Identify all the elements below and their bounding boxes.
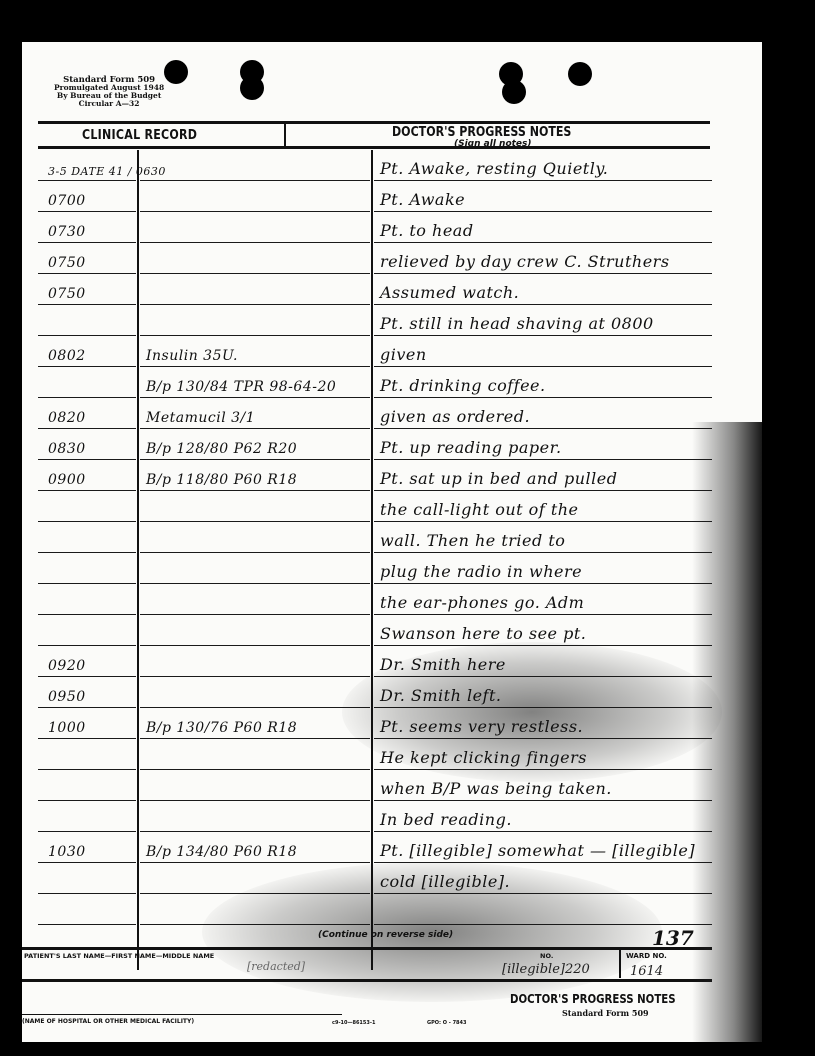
table-row: 0830 B/p 128/80 P62 R20 Pt. up reading p… [38,429,718,460]
entry-orders: B/p 118/80 P60 R18 [146,472,297,488]
table-row: when B/P was being taken. [38,770,718,801]
date-cell [38,801,136,832]
hospital-line [22,1014,342,1015]
entry-orders: Metamucil 3/1 [146,410,255,426]
entry-note: He kept clicking fingers [380,748,587,767]
note-cell: Pt. still in head shaving at 0800 [374,305,712,336]
date-cell: 0750 [38,274,136,305]
date-cell [38,553,136,584]
table-row: 0700 Pt. Awake [38,181,718,212]
entry-orders: B/p 130/76 P60 R18 [146,720,297,736]
table-row: Swanson here to see pt. [38,615,718,646]
orders-cell [140,770,370,801]
date-cell [38,522,136,553]
note-cell [374,894,712,925]
orders-cell [140,150,370,181]
form-circular: Circular A—32 [54,100,164,108]
note-cell: wall. Then he tried to [374,522,712,553]
date-cell [38,894,136,925]
orders-cell [140,212,370,243]
punch-hole [164,60,188,84]
entry-note: Dr. Smith left. [380,686,501,705]
patient-name-label: PATIENT'S LAST NAME—FIRST NAME—MIDDLE NA… [24,952,214,960]
orders-cell [140,522,370,553]
orders-cell [140,274,370,305]
table-row: cold [illegible]. [38,863,718,894]
sign-all-notes-instruction: (Sign all notes) [454,139,532,149]
table-row: 0750 relieved by day crew C. Struthers [38,243,718,274]
entry-note: Pt. Awake, resting Quietly. [380,159,608,178]
table-row: the ear-phones go. Adm [38,584,718,615]
patient-name-value: [redacted] [247,960,305,973]
orders-cell [140,615,370,646]
note-cell: Assumed watch. [374,274,712,305]
entry-note: Pt. seems very restless. [380,717,583,736]
entry-note: wall. Then he tried to [380,531,565,550]
header-top-rule [38,121,710,124]
entry-orders: B/p 134/80 P60 R18 [146,844,297,860]
orders-cell [140,677,370,708]
date-cell [38,863,136,894]
note-cell: Pt. to head [374,212,712,243]
note-cell: Dr. Smith here [374,646,712,677]
orders-cell [140,863,370,894]
date-cell: 0950 [38,677,136,708]
register-number-label: NO. [540,952,553,960]
entry-note: given [380,345,427,364]
ward-number-label: WARD NO. [626,952,667,960]
note-cell: cold [illegible]. [374,863,712,894]
orders-cell: B/p 118/80 P60 R18 [140,460,370,491]
table-row: 0750 Assumed watch. [38,274,718,305]
note-cell: Pt. up reading paper. [374,429,712,460]
continue-on-reverse-note: (Continue on reverse side) [318,930,453,940]
note-cell: given [374,336,712,367]
table-row: the call-light out of the [38,491,718,522]
punch-hole [240,76,264,100]
date-cell: 0900 [38,460,136,491]
entry-date: 0920 [48,658,86,674]
date-cell [38,739,136,770]
table-row: 0820 Metamucil 3/1 given as ordered. [38,398,718,429]
form-identifier: Standard Form 509 Promulgated August 194… [54,76,164,108]
orders-cell: Insulin 35U. [140,336,370,367]
table-row [38,894,718,925]
entry-note: Pt. up reading paper. [380,438,562,457]
table-row: 1000 B/p 130/76 P60 R18 Pt. seems very r… [38,708,718,739]
date-cell [38,615,136,646]
entry-note: Pt. sat up in bed and pulled [380,469,617,488]
date-cell: 0820 [38,398,136,429]
date-cell: 0700 [38,181,136,212]
table-row: In bed reading. [38,801,718,832]
clinical-record-heading: CLINICAL RECORD [82,128,197,143]
table-row: B/p 130/84 TPR 98-64-20 Pt. drinking cof… [38,367,718,398]
entry-note: Pt. drinking coffee. [380,376,546,395]
note-cell: when B/P was being taken. [374,770,712,801]
note-cell: Pt. Awake [374,181,712,212]
orders-cell [140,305,370,336]
header-divider [284,122,286,148]
entry-note: Pt. Awake [380,190,465,209]
table-row: Pt. still in head shaving at 0800 [38,305,718,336]
note-cell: relieved by day crew C. Struthers [374,243,712,274]
entry-note: when B/P was being taken. [380,779,612,798]
table-row: 3-5 DATE 41 / 0630 Pt. Awake, resting Qu… [38,150,718,181]
entry-date: 0730 [48,224,86,240]
entry-date: 0900 [48,472,86,488]
entry-note: the call-light out of the [380,500,579,519]
orders-cell [140,553,370,584]
note-cell: Pt. sat up in bed and pulled [374,460,712,491]
date-cell [38,491,136,522]
clinical-record-page: Standard Form 509 Promulgated August 194… [22,42,762,1042]
entry-note: Swanson here to see pt. [380,624,586,643]
entry-orders: B/p 130/84 TPR 98-64-20 [146,379,336,395]
date-cell: 1000 [38,708,136,739]
date-cell: 0730 [38,212,136,243]
entry-date: 0750 [48,286,86,302]
entry-note: relieved by day crew C. Struthers [380,252,670,271]
note-cell: He kept clicking fingers [374,739,712,770]
gpo-code: GPO: O - 7843 [427,1020,466,1026]
punch-hole [568,62,592,86]
entry-note: Pt. to head [380,221,474,240]
orders-cell [140,243,370,274]
footer-form-title: DOCTOR'S PROGRESS NOTES [510,992,676,1006]
entry-date: 0750 [48,255,86,271]
date-cell [38,770,136,801]
table-row: plug the radio in where [38,553,718,584]
entry-note: plug the radio in where [380,562,582,581]
entry-date: 1030 [48,844,86,860]
date-cell: 0920 [38,646,136,677]
table-row: 1030 B/p 134/80 P60 R18 Pt. [illegible] … [38,832,718,863]
header-bottom-rule [38,146,710,149]
progress-notes-heading: DOCTOR'S PROGRESS NOTES [392,125,571,140]
orders-cell [140,646,370,677]
date-cell: 0802 [38,336,136,367]
note-cell: In bed reading. [374,801,712,832]
table-row: 0920 Dr. Smith here [38,646,718,677]
table-row: wall. Then he tried to [38,522,718,553]
entry-date: 1000 [48,720,86,736]
entry-note: Pt. still in head shaving at 0800 [380,314,654,333]
table-row: 0802 Insulin 35U. given [38,336,718,367]
orders-cell [140,491,370,522]
date-cell [38,367,136,398]
orders-cell [140,801,370,832]
table-row: He kept clicking fingers [38,739,718,770]
orders-cell: B/p 128/80 P62 R20 [140,429,370,460]
entry-note: In bed reading. [380,810,512,829]
entry-date: 0820 [48,410,86,426]
entry-note: Pt. [illegible] somewhat — [illegible] [380,841,695,860]
date-cell: 0830 [38,429,136,460]
note-cell: Dr. Smith left. [374,677,712,708]
orders-cell [140,739,370,770]
note-cell: the ear-phones go. Adm [374,584,712,615]
ward-number-value: 1614 [630,964,663,979]
entry-note: Assumed watch. [380,283,519,302]
orders-cell: B/p 130/84 TPR 98-64-20 [140,367,370,398]
table-row: 0950 Dr. Smith left. [38,677,718,708]
note-cell: Pt. seems very restless. [374,708,712,739]
orders-cell [140,181,370,212]
entry-orders: B/p 128/80 P62 R20 [146,441,297,457]
date-cell: 3-5 DATE 41 / 0630 [38,150,136,181]
entry-note: cold [illegible]. [380,872,510,891]
punch-hole [502,80,526,104]
orders-cell [140,894,370,925]
entry-note: given as ordered. [380,407,530,426]
entry-note: Dr. Smith here [380,655,506,674]
entry-date: 0802 [48,348,86,364]
note-cell: plug the radio in where [374,553,712,584]
table-row: 0730 Pt. to head [38,212,718,243]
print-code: c9-10—86153-1 [332,1020,375,1026]
orders-cell [140,584,370,615]
entry-date: 0830 [48,441,86,457]
orders-cell: Metamucil 3/1 [140,398,370,429]
note-cell: Swanson here to see pt. [374,615,712,646]
note-cell: the call-light out of the [374,491,712,522]
date-cell [38,305,136,336]
ward-divider [619,948,621,978]
entry-date: 0700 [48,193,86,209]
table-row: 0900 B/p 118/80 P60 R18 Pt. sat up in be… [38,460,718,491]
footer-form-number: Standard Form 509 [562,1008,649,1018]
note-cell: Pt. Awake, resting Quietly. [374,150,712,181]
hospital-name-label: (NAME OF HOSPITAL OR OTHER MEDICAL FACIL… [22,1018,194,1025]
footer-bottom-rule [22,979,712,982]
entry-note: the ear-phones go. Adm [380,593,584,612]
register-number-value: [illegible]220 [502,962,590,977]
footer-top-rule [22,947,712,950]
date-cell: 1030 [38,832,136,863]
note-cell: Pt. drinking coffee. [374,367,712,398]
entry-date: 0950 [48,689,86,705]
note-cell: given as ordered. [374,398,712,429]
entry-orders: Insulin 35U. [146,348,238,364]
date-cell [38,584,136,615]
orders-cell: B/p 130/76 P60 R18 [140,708,370,739]
note-cell: Pt. [illegible] somewhat — [illegible] [374,832,712,863]
orders-cell: B/p 134/80 P60 R18 [140,832,370,863]
date-cell: 0750 [38,243,136,274]
